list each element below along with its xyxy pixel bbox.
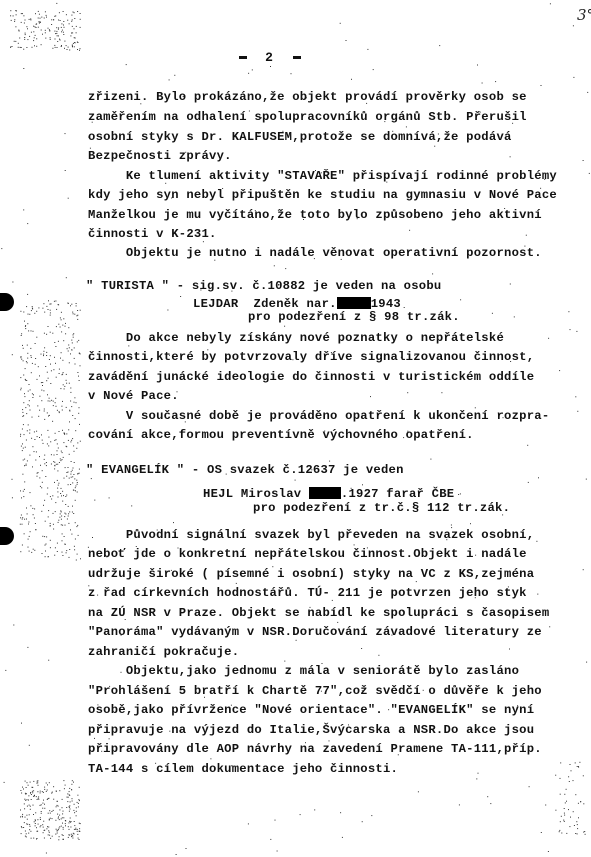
text-line: Ke tlumení aktivity "STAVAŘE" přispívají… [88,169,557,183]
punch-hole-bottom [0,527,14,545]
text-line: z řad církevních hodnostářů. TÚ- 211 je … [88,586,527,600]
text-line: zavádění junácké ideologie do činnosti v… [88,370,534,384]
scanned-document-page: 3° 2 zřizeni. Bylo prokázáno,že objekt p… [0,0,591,857]
text-line: Objektu je nutno i nadále věnovat operat… [88,246,542,260]
text-line: "Panoráma" vydávaným v NSR.Doručování zá… [88,625,542,639]
handwritten-folio-number: 3° [577,6,591,24]
section-heading-turista: " TURISTA " - sig.sv. č.10882 je veden n… [86,279,442,293]
text-line: zřizeni. Bylo prokázáno,že objekt provád… [88,90,527,104]
section-heading-evangelik: " EVANGELÍK " - OS svazek č.12637 je ved… [86,463,404,477]
text-line: kdy jeho syn nebyl připuštěn ke studiu n… [88,188,557,202]
text-line: Manželkou je mu vyčítáno,že toto bylo zp… [88,208,542,222]
page-number-value: 2 [265,50,275,65]
punch-hole-top [0,293,14,311]
page-number: 2 [220,50,320,65]
text-line: činnosti v K-231. [88,227,217,241]
text-line: na ZÚ NSR v Praze. Objekt se nabídl ke s… [88,606,549,620]
text-line: osobní styky s Dr. KALFUSEM,protože se d… [88,130,512,144]
text-line: neboť jde o konkretní nepřátelskou činno… [88,547,527,561]
redaction-bar [309,487,341,499]
subject-name: HEJL Miroslav [203,487,301,501]
text-line: činnosti,které by potvrzovaly dříve sign… [88,350,534,364]
suspicion-line-turista: pro podezření z § 98 tr.zák. [248,310,460,324]
text-line: Původní signální svazek byl převeden na … [88,528,534,542]
text-line: v Nové Pace. [88,389,179,403]
text-line: Do akce nebyly získány nové poznatky o n… [88,331,504,345]
suspicion-line-evangelik: pro podezření z tr.č.§ 112 tr.zák. [253,501,510,515]
text-line: osobě,jako přívržence "Nové orientace". … [88,703,534,717]
text-line: zahraničí pokračuje. [88,645,239,659]
text-line: "Prohlášení 5 bratří k Chartě 77",což sv… [88,684,542,698]
text-line: Bezpečnosti zprávy. [88,149,232,163]
subject-line-turista: LEJDAR Zdeněk nar.1943 [193,297,401,311]
text-line: cování akce,formou preventívně výchovnéh… [88,428,474,442]
text-line: připravuje na výjezd do Italie,Švýcarska… [88,723,534,737]
subject-year: 1943 [371,297,401,311]
redaction-bar [337,297,371,309]
text-line: připravovány dle AOP návrhy na zavedení … [88,742,542,756]
text-line: Objektu,jako jednomu z mála v seniorátě … [88,664,519,678]
text-line: udržuje široké ( písemné i osobní) styky… [88,567,534,581]
dash-left [239,56,247,59]
text-line: TA-144 s cílem dokumentace jeho činnosti… [88,762,398,776]
subject-line-evangelik: HEJL Miroslav .1927 farař ČBE [203,487,454,501]
text-line: V současné době je prováděno opatření k … [88,409,549,423]
dash-right [293,56,301,59]
subject-name: LEJDAR Zdeněk nar. [193,297,337,311]
text-line: zaměřením na odhalení spolupracovníků or… [88,110,527,124]
subject-year-occupation: .1927 farař ČBE [341,487,454,501]
